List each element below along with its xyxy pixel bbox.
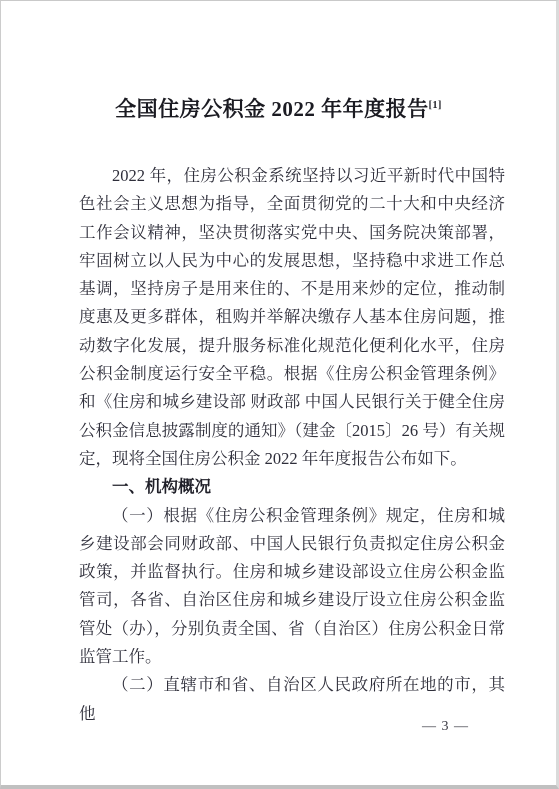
page-number: — 3 — xyxy=(422,719,469,735)
document-body: 2022 年，住房公积金系统坚持以习近平新时代中国特色社会主义思想为指导，全面贯… xyxy=(79,162,505,728)
document-page: 全国住房公积金 2022 年年度报告[1] 2022 年，住房公积金系统坚持以习… xyxy=(0,0,559,789)
document-title: 全国住房公积金 2022 年年度报告[1] xyxy=(21,94,536,124)
footnote-marker: [1] xyxy=(429,100,442,111)
paragraph-intro: 2022 年，住房公积金系统坚持以习近平新时代中国特色社会主义思想为指导，全面贯… xyxy=(79,162,505,473)
document-title-text: 全国住房公积金 2022 年年度报告 xyxy=(115,97,429,121)
paragraph-item-one: （一）根据《住房公积金管理条例》规定，住房和城乡建设部会同财政部、中国人民银行负… xyxy=(79,502,505,672)
section-heading-institutions: 一、机构概况 xyxy=(79,473,505,501)
